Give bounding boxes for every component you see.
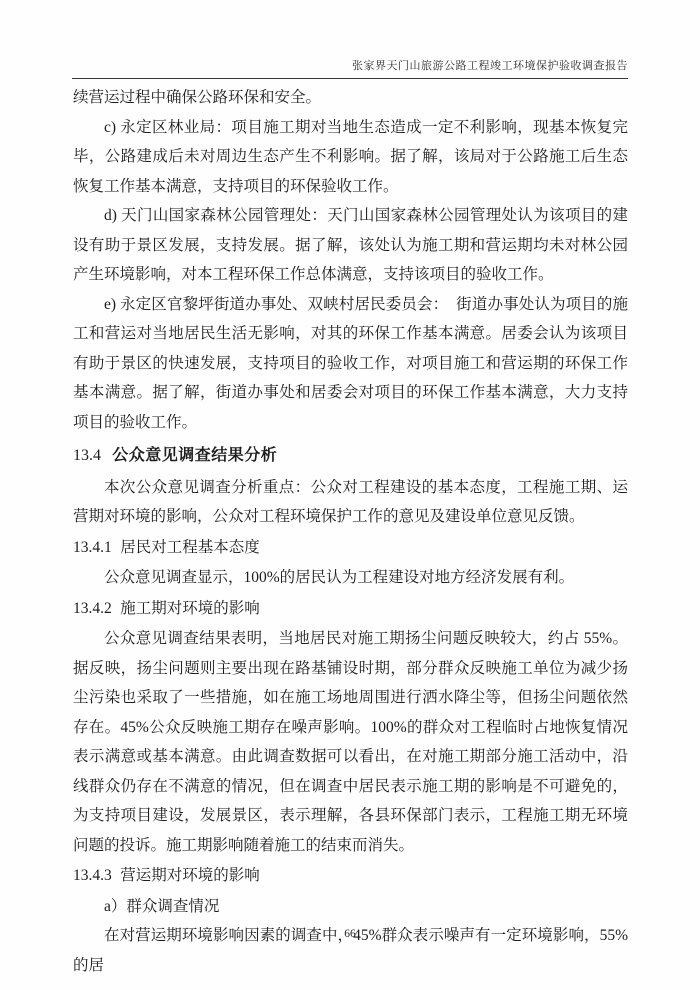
subsection-number: 13.4.2 (73, 600, 112, 617)
page-number: 66 (0, 928, 700, 940)
subsection-title: 营运期对环境的影响 (120, 867, 260, 884)
paragraph-item-e: e) 永定区官黎坪街道办事处、双峡村居民委员会： 街道办事处认为项目的施工和营运… (73, 290, 628, 438)
paragraph-item-a: a）群众调查情况 (73, 892, 628, 922)
paragraph-continuation: 续营运过程中确保公路环保和安全。 (73, 83, 628, 113)
paragraph-resident-attitude: 公众意见调查显示，100%的居民认为工程建设对地方经济发展有利。 (73, 563, 628, 593)
running-header: 张家界天门山旅游公路工程竣工环境保护验收调查报告 (72, 57, 628, 79)
subsection-heading-13-4-3: 13.4.3营运期对环境的影响 (73, 861, 628, 891)
subsection-number: 13.4.1 (73, 539, 112, 556)
paragraph-item-c: c) 永定区林业局：项目施工期对当地生态造成一定不利影响，现基本恢复完毕，公路建… (73, 113, 628, 202)
section-title: 公众意见调查结果分析 (112, 447, 277, 464)
paragraph-construction-impact: 公众意见调查结果表明，当地居民对施工期扬尘问题反映较大，约占 55%。据反映，扬… (73, 624, 628, 860)
subsection-heading-13-4-2: 13.4.2施工期对环境的影响 (73, 594, 628, 624)
paragraph-item-d: d) 天门山国家森林公园管理处：天门山国家森林公园管理处认为该项目的建设有助于景… (73, 201, 628, 290)
subsection-heading-13-4-1: 13.4.1居民对工程基本态度 (73, 533, 628, 563)
paragraph-survey-focus: 本次公众意见调查分析重点：公众对工程建设的基本态度，工程施工期、运营期对环境的影… (73, 473, 628, 532)
section-number: 13.4 (73, 447, 101, 464)
running-header-title: 张家界天门山旅游公路工程竣工环境保护验收调查报告 (352, 60, 628, 72)
document-body: 续营运过程中确保公路环保和安全。 c) 永定区林业局：项目施工期对当地生态造成一… (73, 83, 628, 980)
section-heading-13-4: 13.4公众意见调查结果分析 (73, 441, 628, 471)
subsection-title: 居民对工程基本态度 (120, 539, 260, 556)
subsection-title: 施工期对环境的影响 (120, 600, 260, 617)
document-page: 张家界天门山旅游公路工程竣工环境保护验收调查报告 续营运过程中确保公路环保和安全… (0, 0, 700, 990)
subsection-number: 13.4.3 (73, 867, 112, 884)
